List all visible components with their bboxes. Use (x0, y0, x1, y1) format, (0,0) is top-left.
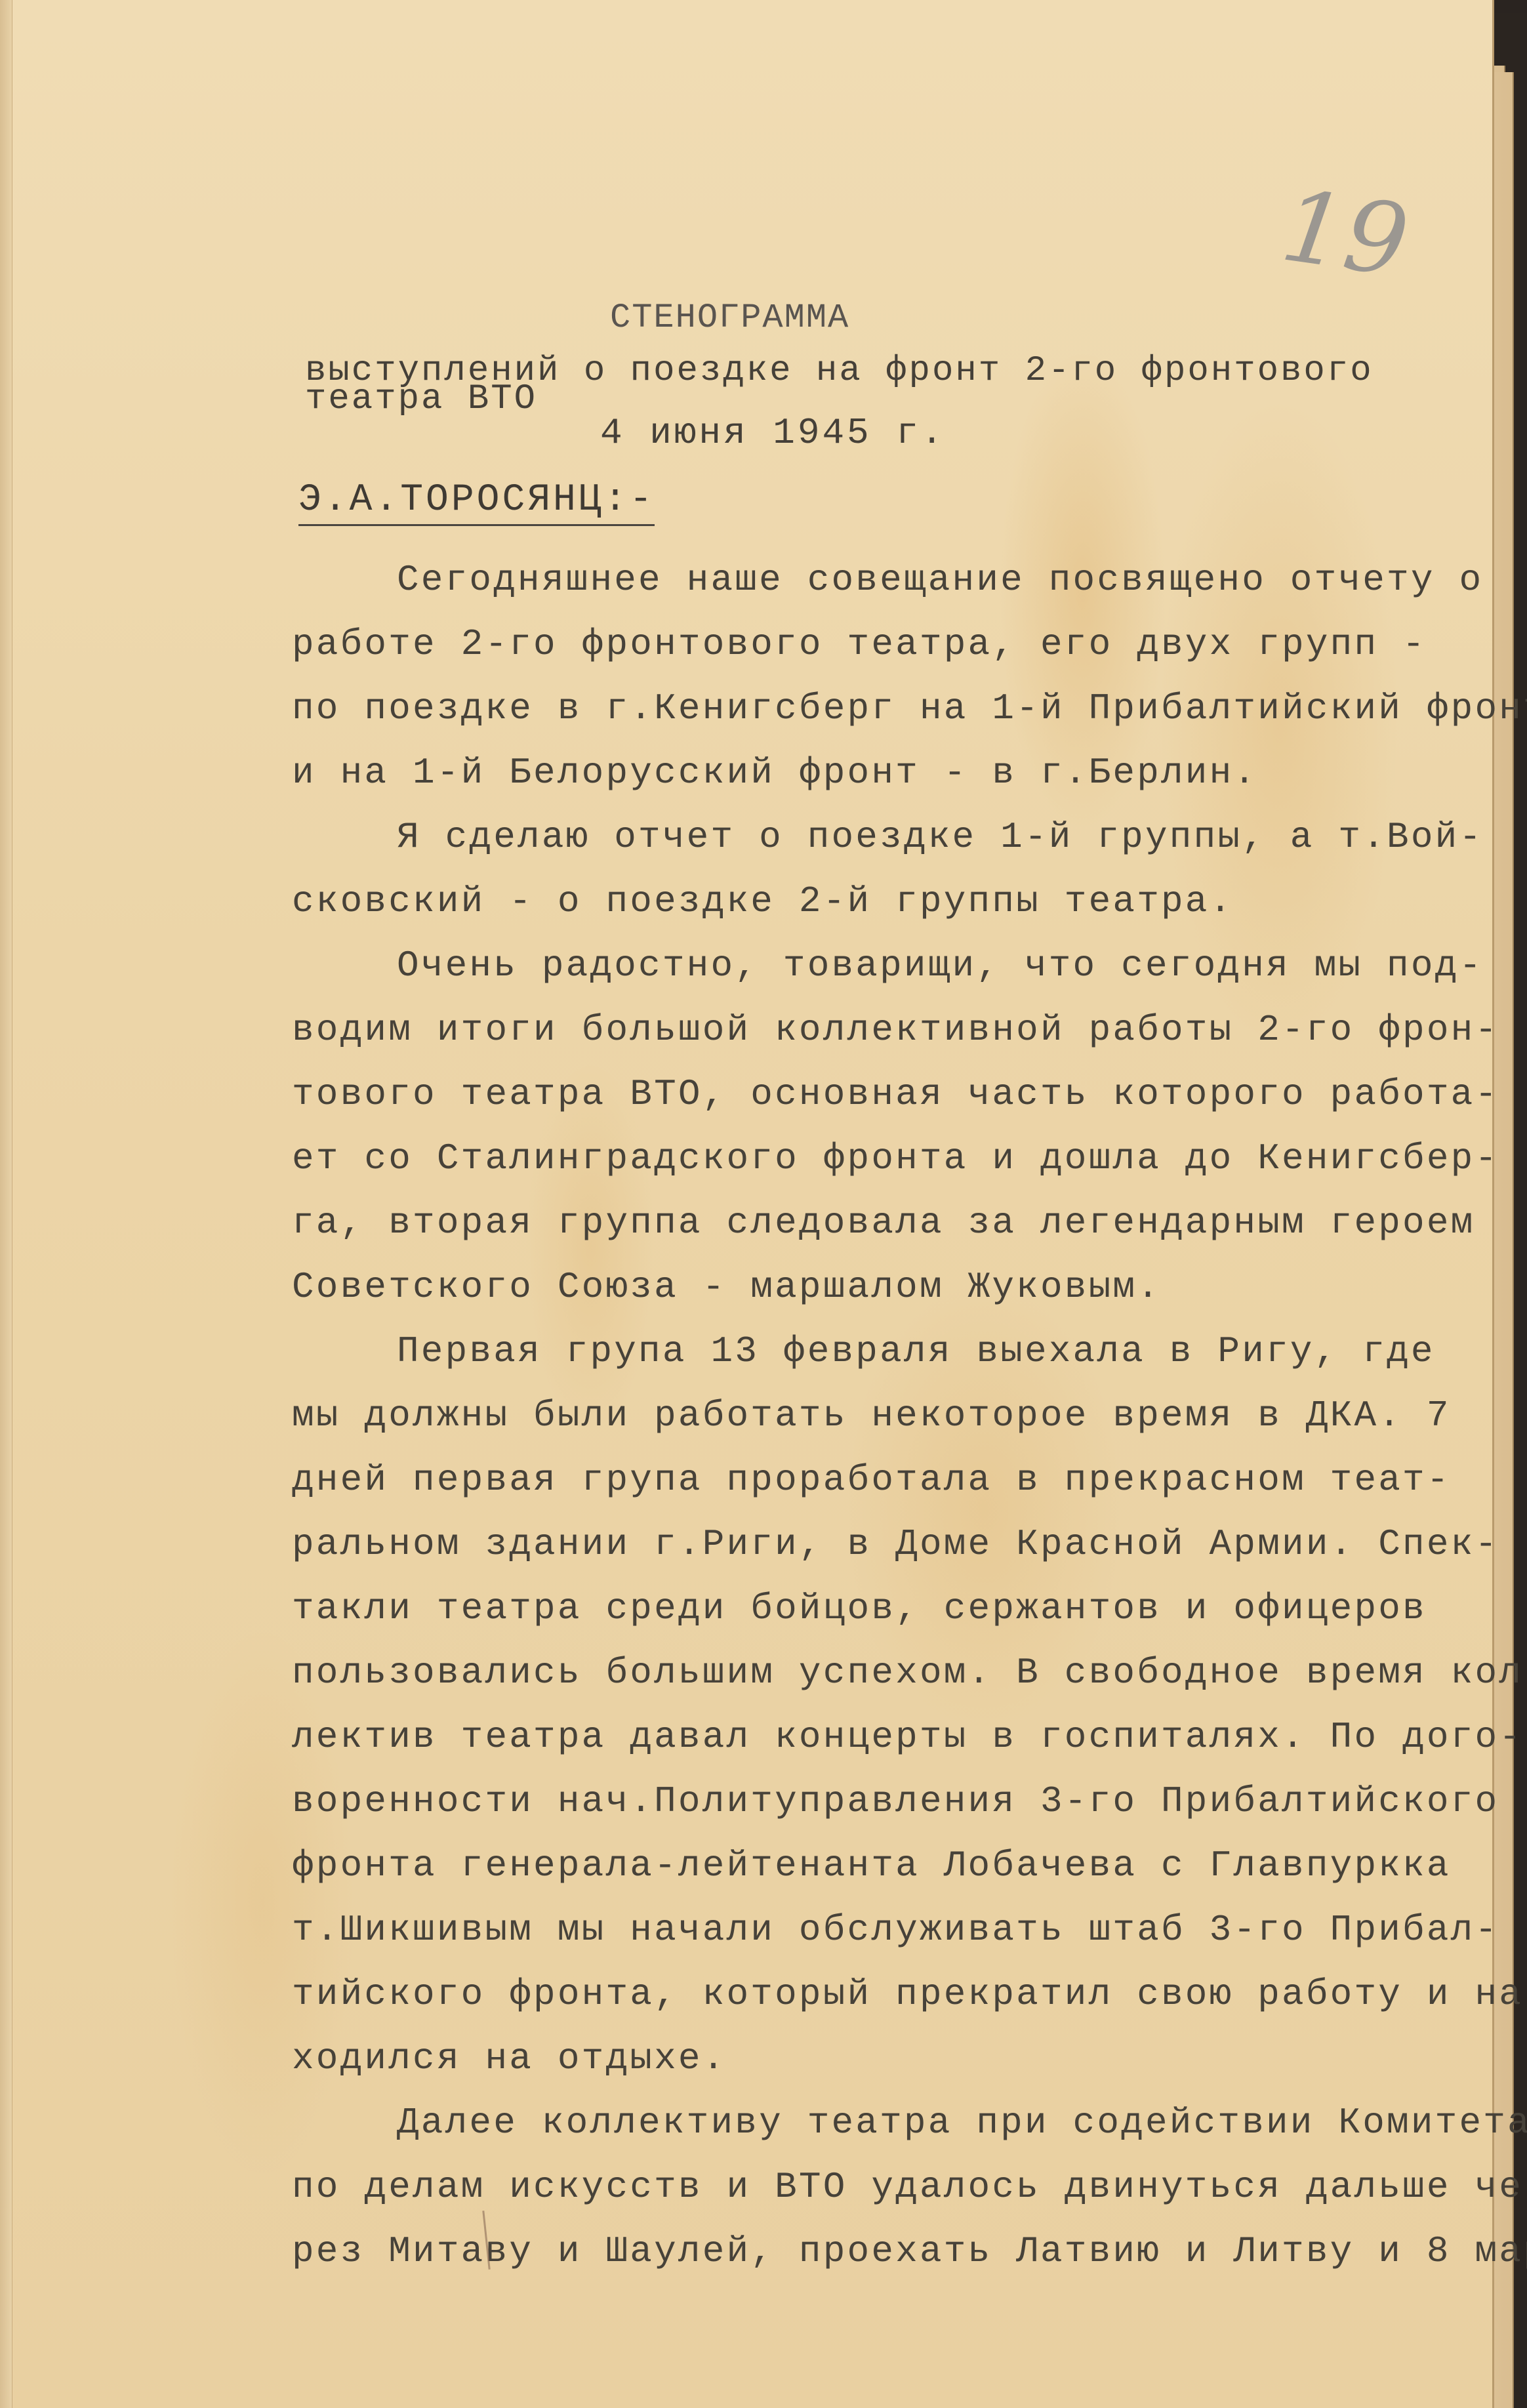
text-line: фронта генерала-лейтенанта Лобачева с Гл… (292, 1833, 1420, 1898)
text-line: и на 1-й Белорусский фронт - в г.Берлин. (292, 741, 1420, 805)
document-date: 4 июня 1945 г. (600, 412, 945, 454)
text-line: лектив театра давал концерты в госпиталя… (292, 1705, 1420, 1769)
document-page: 19 СТЕНОГРАММА выступлений о поездке на … (0, 0, 1494, 2408)
text-line: Сегодняшнее наше совещание посвящено отч… (292, 548, 1420, 612)
text-line: работе 2-го фронтового театра, его двух … (292, 612, 1420, 676)
document-body: Сегодняшнее наше совещание посвящено отч… (292, 548, 1420, 2283)
text-line: по поездке в г.Кенигсберг на 1-й Прибалт… (292, 676, 1420, 741)
text-line: рез Митаву и Шаулей, проехать Латвию и Л… (292, 2219, 1420, 2283)
document-title: СТЕНОГРАММА (610, 298, 849, 337)
text-line: Очень радостно, товарищи, что сегодня мы… (292, 933, 1420, 998)
text-line-underlined-date: Первая група 13 февраля выехала в Ригу, … (292, 1319, 1420, 1383)
text-line: тийского фронта, который прекратил свою … (292, 1962, 1420, 2026)
text-line: сковский - о поездке 2-й группы театра. (292, 869, 1420, 933)
text-line: Советского Союза - маршалом Жуковым. (292, 1255, 1420, 1319)
text-line: дней первая група проработала в прекрасн… (292, 1448, 1420, 1512)
text-line: тового театра ВТО, основная часть которо… (292, 1062, 1420, 1126)
folio-number: 19 (1275, 169, 1415, 300)
binding-edge (0, 0, 12, 2408)
text-line: га, вторая группа следовала за легендарн… (292, 1191, 1420, 1255)
text-line: Я сделаю отчет о поездке 1-й группы, а т… (292, 805, 1420, 869)
text-line: мы должны были работать некоторое время … (292, 1383, 1420, 1448)
text-line: водим итоги большой коллективной работы … (292, 998, 1420, 1062)
text-line: пользовались большим успехом. В свободно… (292, 1641, 1420, 1705)
text-line: по делам искусств и ВТО удалось двинутьс… (292, 2155, 1420, 2219)
text-line: ходился на отдыхе. (292, 2026, 1420, 2091)
text-line: воренности нач.Политуправления 3-го Приб… (292, 1769, 1420, 1833)
text-line: ральном здании г.Риги, в Доме Красной Ар… (292, 1512, 1420, 1576)
speaker-name: Э.А.ТОРОСЯНЦ:- (298, 479, 655, 526)
document-subtitle-line2: театра ВТО (305, 379, 537, 419)
text-line: ет со Сталинградского фронта и дошла до … (292, 1126, 1420, 1191)
text-line: Далее коллективу театра при содействии К… (292, 2091, 1420, 2155)
text-line: такли театра среди бойцов, сержантов и о… (292, 1576, 1420, 1641)
text-line: т.Шикшивым мы начали обслуживать штаб 3-… (292, 1898, 1420, 1962)
